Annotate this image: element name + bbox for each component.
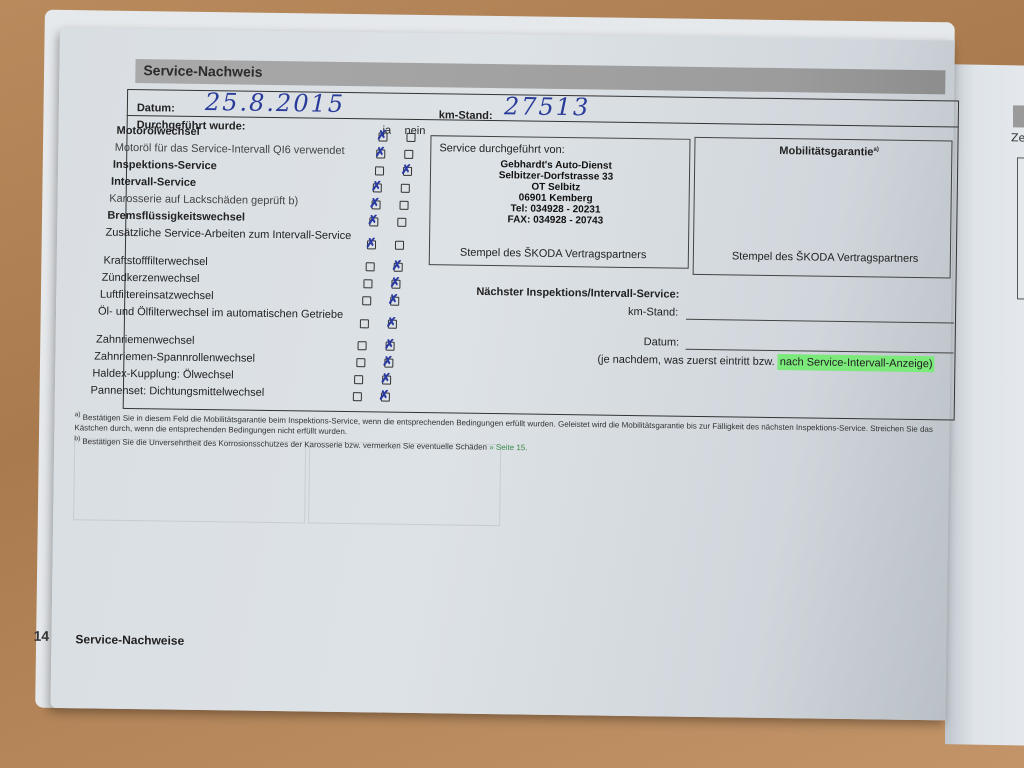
checkbox-nein[interactable]	[388, 320, 397, 329]
checklist-item-label: Motorölwechsel	[116, 125, 199, 138]
mobility-guarantee-box: Mobilitätsgarantiea) Stempel des ŠKODA V…	[693, 137, 953, 279]
adjacent-page-text: Ze to	[1011, 131, 1024, 145]
footnote-a-marker: a)	[75, 411, 81, 418]
next-date-label: Datum:	[644, 336, 680, 348]
checkbox-nein[interactable]	[380, 393, 389, 402]
checkbox-ja[interactable]	[354, 375, 363, 384]
checklist: MotorölwechselMotoröl für das Service-In…	[113, 125, 417, 406]
checkbox-ja[interactable]	[371, 200, 380, 209]
next-km-label: km-Stand:	[628, 306, 678, 319]
service-by-label: Service durchgeführt von:	[439, 142, 565, 156]
checkbox-nein[interactable]	[390, 297, 399, 306]
km-label: km-Stand:	[439, 109, 493, 122]
stamp-line: FAX: 034928 - 20743	[470, 214, 640, 227]
footnote-ref: a)	[873, 147, 878, 153]
checklist-item-label: Karosserie auf Lackschäden geprüft b)	[109, 193, 298, 208]
section-title: Service-Nachweis	[143, 62, 262, 80]
checkbox-ja[interactable]	[360, 319, 369, 328]
highlighted-note: nach Service-Intervall-Anzeige)	[778, 354, 935, 372]
checkbox-ja[interactable]	[358, 341, 367, 350]
footnote-b-marker: b)	[74, 435, 80, 442]
checkbox-nein[interactable]	[386, 342, 395, 351]
checklist-item-label: Öl- und Ölfilterwechsel im automatischen…	[98, 306, 353, 322]
checklist-item-label: Inspektions-Service	[113, 159, 217, 172]
checkbox-nein[interactable]	[399, 201, 408, 210]
date-value: 25.8.2015	[205, 88, 346, 118]
checklist-item-label: Kraftstofffilterwechsel	[103, 255, 207, 268]
checkbox-ja[interactable]	[364, 279, 373, 288]
checklist-item-label: Zahnriemenwechsel	[96, 334, 195, 347]
mobility-stamp-caption: Stempel des ŠKODA Vertragspartners	[732, 250, 919, 265]
checklist-item-label: Zündkerzenwechsel	[102, 272, 200, 285]
checkbox-nein[interactable]	[392, 280, 401, 289]
checkbox-ja[interactable]	[352, 392, 361, 401]
checkbox-nein[interactable]	[401, 184, 410, 193]
checklist-item-label: Zusätzliche Service-Arbeiten zum Interva…	[105, 227, 360, 243]
checkbox-ja[interactable]	[369, 217, 378, 226]
checkbox-nein[interactable]	[382, 376, 391, 385]
mobility-heading-text: Mobilitätsgarantie	[779, 145, 873, 158]
checklist-item-label: Motoröl für das Service-Intervall QI6 ve…	[115, 142, 345, 157]
checkbox-ja[interactable]	[367, 240, 376, 249]
note-prefix: (je nachdem, was zuerst eintritt bzw.	[597, 354, 774, 368]
checkbox-ja[interactable]	[377, 149, 386, 158]
checkbox-nein[interactable]	[403, 167, 412, 176]
checkbox-ja[interactable]	[375, 166, 384, 175]
checkbox-nein[interactable]	[406, 133, 415, 142]
adjacent-page-box	[1017, 157, 1024, 300]
service-stamp-caption: Stempel des ŠKODA Vertragspartners	[460, 247, 647, 262]
booklet-page: Service-Nachweis Datum: 25.8.2015 km-Sta…	[51, 28, 955, 720]
checkbox-nein[interactable]	[393, 263, 402, 272]
page-number: 14	[33, 628, 49, 644]
mobility-guarantee-heading: Mobilitätsgarantiea)	[779, 145, 879, 158]
page-15-link[interactable]: » Seite 15.	[489, 443, 527, 453]
adjacent-page-title-bar	[1013, 105, 1024, 128]
checklist-item-label: Bremsflüssigkeitswechsel	[107, 210, 245, 224]
checkbox-nein[interactable]	[397, 218, 406, 227]
checkbox-ja[interactable]	[373, 183, 382, 192]
checklist-item: Zusätzliche Service-Arbeiten zum Interva…	[105, 227, 405, 259]
checkbox-ja[interactable]	[356, 358, 365, 367]
checklist-item-label: Zahnriemen-Spannrollenwechsel	[94, 351, 255, 365]
checkbox-nein[interactable]	[384, 359, 393, 368]
checkbox-nein[interactable]	[395, 241, 404, 250]
page-footer-title: Service-Nachweise	[75, 632, 184, 648]
km-value: 27513	[504, 92, 591, 121]
date-label: Datum:	[137, 102, 175, 115]
checkbox-ja[interactable]	[378, 132, 387, 141]
checklist-item-label: Luftfiltereinsatzwechsel	[100, 289, 214, 303]
checklist-item: Öl- und Ölfilterwechsel im automatischen…	[98, 306, 398, 338]
checklist-item-label: Intervall-Service	[111, 176, 196, 189]
dealer-stamp: Gebhardt's Auto-Dienst Selbitzer-Dorfstr…	[470, 159, 641, 227]
checklist-item-label: Haldex-Kupplung: Ölwechsel	[92, 367, 233, 381]
checklist-item-label: Pannenset: Dichtungsmittelwechsel	[90, 384, 264, 398]
checkbox-ja[interactable]	[362, 296, 371, 305]
checkbox-nein[interactable]	[405, 150, 414, 159]
checkbox-ja[interactable]	[365, 262, 374, 271]
service-stamp-box: Service durchgeführt von: Gebhardt's Aut…	[429, 135, 691, 269]
